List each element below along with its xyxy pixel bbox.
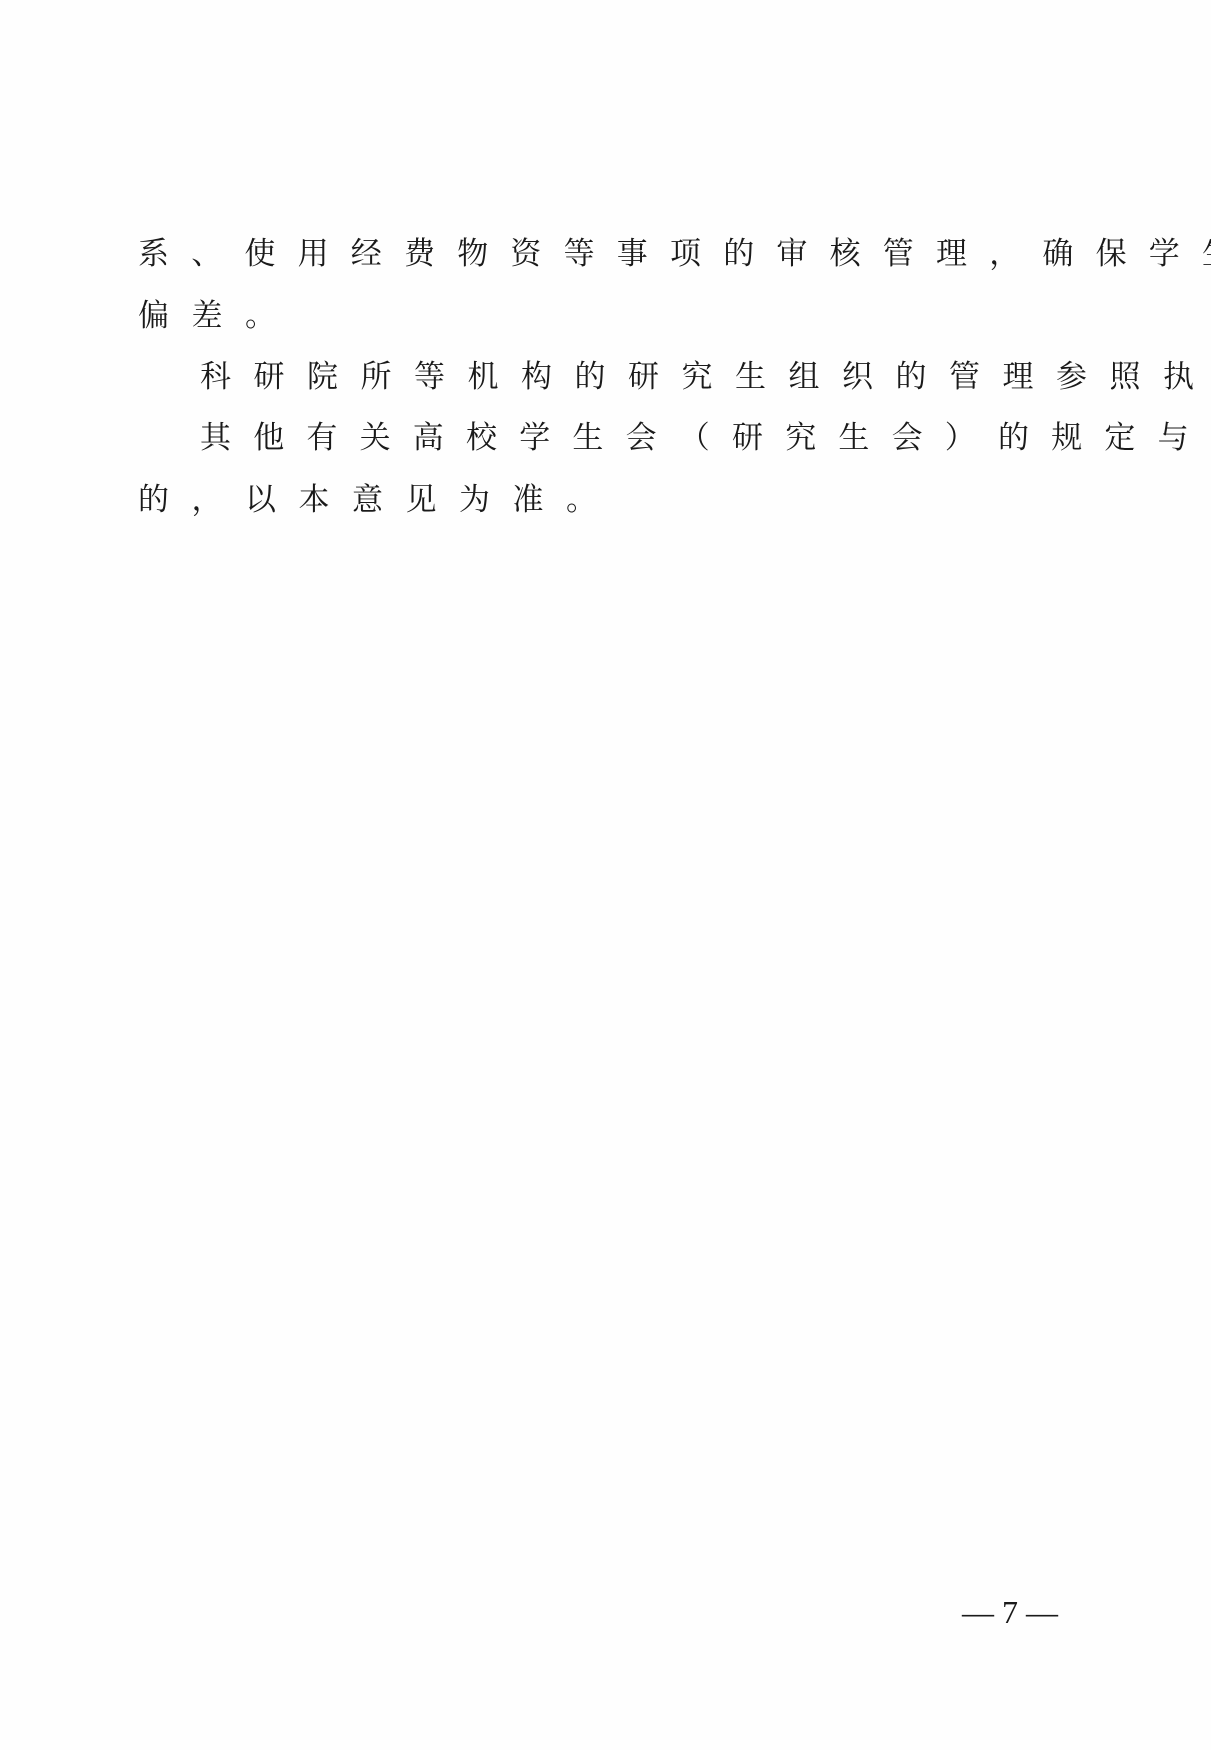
paragraph-2-line-1: 科研院所等机构的研究生组织的管理参照执行。 [200,357,1140,397]
paragraph-1-line-2: 偏差。 [138,296,1078,336]
page-number: — 7 — [950,1590,1070,1634]
paragraph-3-line-2: 的，以本意见为准。 [138,480,1078,520]
document-page: 系、使用经费物资等事项的审核管理，确保学生会日常工作不出 偏差。 科研院所等机构… [0,0,1211,1750]
paragraph-1-line-1: 系、使用经费物资等事项的审核管理，确保学生会日常工作不出 [138,234,1078,274]
paragraph-3-line-1: 其他有关高校学生会（研究生会）的规定与本意见不一致 [200,418,1140,458]
